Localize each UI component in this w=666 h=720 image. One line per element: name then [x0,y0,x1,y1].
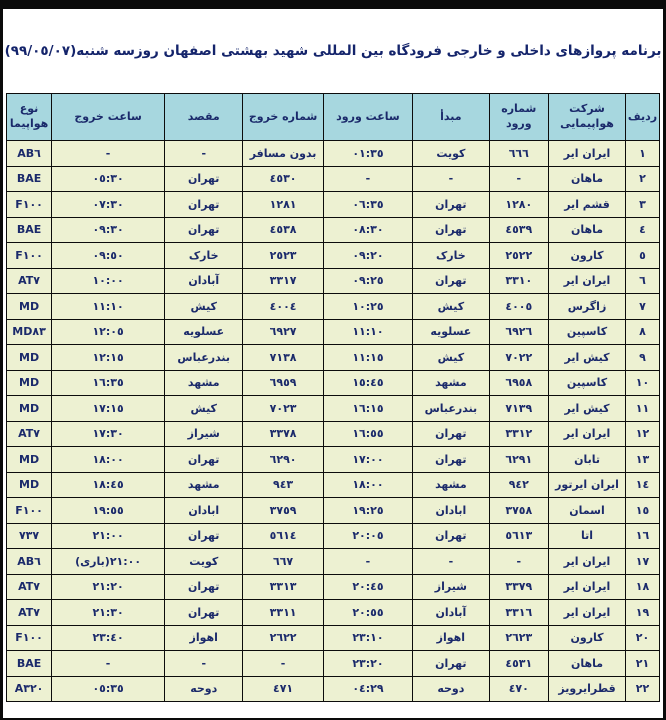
cell-aircraft: AB٦ [7,141,52,167]
table-row: ٦ایران ایر٣٣١٠تهران٠٩:٢٥٣٣١٧آبادان١٠:٠٠A… [7,268,660,294]
cell-arr_time: ١٦:٥٥ [323,421,412,447]
table-row: ٣قشم ایر١٢٨٠تهران٠٦:٣٥١٢٨١تهران٠٧:٣٠F١٠٠ [7,192,660,218]
cell-dep_no: ٧١٣٨ [243,345,323,371]
table-row: ١٦اتا٥٦١٣تهران٢٠:٠٥٥٦١٤تهران٢١:٠٠٧٣٧ [7,523,660,549]
cell-dep_no: ٢٥٢٣ [243,243,323,269]
cell-radif: ٨ [626,319,660,345]
table-row: ١٨ایران ایر٣٣٧٩شیراز٢٠:٤٥٣٣١٣تهران٢١:٢٠A… [7,574,660,600]
cell-origin: تهران [413,268,489,294]
cell-airline: ایران ایرتور [549,472,626,498]
cell-arr_no: ٤٥٣٩ [489,217,548,243]
cell-arr_time: ٠٩:٢٠ [323,243,412,269]
cell-dest: کیش [165,396,243,422]
cell-arr_time: ١٩:٢٥ [323,498,412,524]
cell-dep_no: ١٢٨١ [243,192,323,218]
col-header-origin: مبدأ [413,94,489,141]
cell-aircraft: MD [7,447,52,473]
col-header-aircraft: نوع هواپیما [7,94,52,141]
cell-radif: ١٠ [626,370,660,396]
cell-arr_time: ١٠:٢٥ [323,294,412,320]
cell-airline: زاگرس [549,294,626,320]
cell-dest: ابادان [165,498,243,524]
cell-airline: قشم ایر [549,192,626,218]
cell-dep_no: ٦٩٢٧ [243,319,323,345]
cell-airline: کارون [549,625,626,651]
col-header-arr_no: شماره ورود [489,94,548,141]
title-band: برنامه پروازهای داخلی و خارجی فرودگاه بی… [3,9,663,93]
table-row: ٧زاگرس٤٠٠٥کیش١٠:٢٥٤٠٠٤کیش١١:١٠MD [7,294,660,320]
cell-arr_time: ٢٣:٢٠ [323,651,412,677]
cell-origin: تهران [413,447,489,473]
cell-origin: آبادان [413,600,489,626]
cell-airline: تابان [549,447,626,473]
table-row: ١٧ایران ایر---٦٦٧کویت٢١:٠٠(باری)AB٦ [7,549,660,575]
cell-dep_no: - [243,651,323,677]
cell-arr_no: ٤٠٠٥ [489,294,548,320]
cell-radif: ٢٠ [626,625,660,651]
cell-dep_no: بدون مسافر [243,141,323,167]
cell-dep_no: ٣٣١٣ [243,574,323,600]
cell-arr_no: ٦٢٩١ [489,447,548,473]
cell-aircraft: AT٧ [7,421,52,447]
cell-airline: ایران ایر [549,268,626,294]
cell-dep_no: ٤٠٠٤ [243,294,323,320]
cell-aircraft: MD [7,370,52,396]
table-row: ٢ماهان---٤٥٣٠تهران٠٥:٣٠BAE [7,166,660,192]
cell-dep_time: ١١:١٠ [52,294,165,320]
cell-airline: ماهان [549,166,626,192]
cell-arr_time: ٢٠:٠٥ [323,523,412,549]
cell-aircraft: MD [7,396,52,422]
cell-dep_time: ١٢:٠٥ [52,319,165,345]
cell-radif: ١٦ [626,523,660,549]
cell-dep_no: ٤٥٣٠ [243,166,323,192]
cell-arr_no: ٦٩٢٦ [489,319,548,345]
cell-origin: تهران [413,523,489,549]
cell-radif: ٩ [626,345,660,371]
cell-dest: تهران [165,523,243,549]
cell-arr_no: ٦٩٥٨ [489,370,548,396]
cell-arr_no: ٢٥٢٢ [489,243,548,269]
col-header-dest: مقصد [165,94,243,141]
cell-dest: تهران [165,166,243,192]
cell-airline: ایران ایر [549,574,626,600]
cell-arr_no: ٣٣١٠ [489,268,548,294]
cell-aircraft: BAE [7,217,52,243]
cell-dep_time: ٢١:٣٠ [52,600,165,626]
cell-radif: ١٩ [626,600,660,626]
cell-dep_time: ١٧:١٥ [52,396,165,422]
cell-arr_time: ١١:١٥ [323,345,412,371]
cell-dep_time: ٠٥:٣٥ [52,676,165,702]
table-row: ٢٠کارون٢٦٢٣اهواز٢٣:١٠٢٦٢٢اهواز٢٣:٤٠F١٠٠ [7,625,660,651]
cell-dep_time: ١٢:١٥ [52,345,165,371]
cell-origin: اهواز [413,625,489,651]
cell-origin: دوحه [413,676,489,702]
cell-airline: اسمان [549,498,626,524]
cell-aircraft: MD [7,294,52,320]
cell-dep_time: - [52,141,165,167]
cell-aircraft: BAE [7,166,52,192]
cell-dest: تهران [165,192,243,218]
table-body: ١ایران ایر٦٦٦کویت٠١:٣٥بدون مسافر--AB٦٢ما… [7,141,660,702]
table-row: ١٢ایران ایر٣٣١٢تهران١٦:٥٥٣٣٧٨شیراز١٧:٣٠A… [7,421,660,447]
cell-dep_time: ٠٧:٣٠ [52,192,165,218]
table-header: ردیفشرکت هواپیماییشماره ورودمبدأساعت ورو… [7,94,660,141]
cell-arr_no: - [489,166,548,192]
cell-dep_no: ٣٣١١ [243,600,323,626]
cell-airline: اتا [549,523,626,549]
cell-arr_time: ١٦:١٥ [323,396,412,422]
cell-airline: ماهان [549,651,626,677]
page-frame: برنامه پروازهای داخلی و خارجی فرودگاه بی… [0,0,666,720]
cell-aircraft: MD٨٣ [7,319,52,345]
table-row: ١٤ایران ایرتور٩٤٢مشهد١٨:٠٠٩٤٣مشهد١٨:٤٥MD [7,472,660,498]
flight-schedule-table: ردیفشرکت هواپیماییشماره ورودمبدأساعت ورو… [6,93,660,702]
cell-arr_no: - [489,549,548,575]
cell-airline: ایران ایر [549,600,626,626]
cell-airline: ایران ایر [549,141,626,167]
cell-dep_no: ٦٩٥٩ [243,370,323,396]
cell-dep_time: ١٠:٠٠ [52,268,165,294]
cell-dep_time: ٠٩:٥٠ [52,243,165,269]
cell-aircraft: AT٧ [7,268,52,294]
cell-dep_no: ٤٥٣٨ [243,217,323,243]
cell-airline: قطرایرویز [549,676,626,702]
cell-arr_no: ٤٥٣١ [489,651,548,677]
cell-origin: ابادان [413,498,489,524]
cell-origin: تهران [413,192,489,218]
table-row: ٥کارون٢٥٢٢خارک٠٩:٢٠٢٥٢٣خارک٠٩:٥٠F١٠٠ [7,243,660,269]
cell-radif: ١٣ [626,447,660,473]
cell-arr_no: ٧١٣٩ [489,396,548,422]
cell-arr_no: ٩٤٢ [489,472,548,498]
cell-airline: ایران ایر [549,421,626,447]
cell-aircraft: F١٠٠ [7,192,52,218]
cell-dep_time: ٢١:٠٠(باری) [52,549,165,575]
table-row: ٤ماهان٤٥٣٩تهران٠٨:٣٠٤٥٣٨تهران٠٩:٣٠BAE [7,217,660,243]
cell-aircraft: AB٦ [7,549,52,575]
cell-aircraft: MD [7,472,52,498]
cell-dest: - [165,651,243,677]
cell-radif: ١٤ [626,472,660,498]
cell-aircraft: AT٧ [7,600,52,626]
cell-origin: تهران [413,217,489,243]
cell-aircraft: F١٠٠ [7,498,52,524]
cell-origin: بندرعباس [413,396,489,422]
cell-dep_time: ١٧:٣٠ [52,421,165,447]
cell-dep_time: - [52,651,165,677]
cell-arr_no: ٧٠٢٢ [489,345,548,371]
cell-airline: ماهان [549,217,626,243]
cell-dest: - [165,141,243,167]
cell-dep_time: ١٨:٠٠ [52,447,165,473]
cell-aircraft: MD [7,345,52,371]
cell-aircraft: AT٧ [7,574,52,600]
cell-dep_no: ٦٢٩٠ [243,447,323,473]
cell-dep_no: ٩٤٣ [243,472,323,498]
cell-dest: دوحه [165,676,243,702]
cell-dest: عسلویه [165,319,243,345]
cell-airline: کاسپین [549,370,626,396]
cell-radif: ١١ [626,396,660,422]
cell-aircraft: F١٠٠ [7,243,52,269]
table-row: ٢١ماهان٤٥٣١تهران٢٣:٢٠---BAE [7,651,660,677]
cell-arr_no: ٣٣٧٩ [489,574,548,600]
cell-dest: بندرعباس [165,345,243,371]
cell-airline: ایران ایر [549,549,626,575]
table-row: ١٥اسمان٣٧٥٨ابادان١٩:٢٥٣٧٥٩ابادان١٩:٥٥F١٠… [7,498,660,524]
cell-arr_no: ٦٦٦ [489,141,548,167]
cell-origin: کیش [413,294,489,320]
cell-arr_time: - [323,549,412,575]
table-row: ١٩ایران ایر٣٣١٦آبادان٢٠:٥٥٣٣١١تهران٢١:٣٠… [7,600,660,626]
cell-dest: آبادان [165,268,243,294]
cell-airline: کاسپین [549,319,626,345]
cell-arr_no: ٥٦١٣ [489,523,548,549]
cell-dep_time: ٠٥:٣٠ [52,166,165,192]
cell-radif: ٦ [626,268,660,294]
cell-radif: ١ [626,141,660,167]
cell-arr_time: ١٥:٤٥ [323,370,412,396]
cell-dep_no: ٣٧٥٩ [243,498,323,524]
cell-radif: ٢١ [626,651,660,677]
cell-airline: کیش ایر [549,396,626,422]
cell-dep_no: ٧٠٢٣ [243,396,323,422]
cell-dest: تهران [165,447,243,473]
cell-radif: ٣ [626,192,660,218]
cell-arr_no: ١٢٨٠ [489,192,548,218]
cell-dest: کویت [165,549,243,575]
cell-origin: عسلویه [413,319,489,345]
cell-radif: ٤ [626,217,660,243]
cell-arr_no: ٢٦٢٣ [489,625,548,651]
col-header-airline: شرکت هواپیمایی [549,94,626,141]
cell-dest: شیراز [165,421,243,447]
cell-radif: ١٧ [626,549,660,575]
table-row: ٩کیش ایر٧٠٢٢کیش١١:١٥٧١٣٨بندرعباس١٢:١٥MD [7,345,660,371]
col-header-dep_no: شماره خروج [243,94,323,141]
cell-dep_time: ١٩:٥٥ [52,498,165,524]
cell-aircraft: A٣٢٠ [7,676,52,702]
col-header-arr_time: ساعت ورود [323,94,412,141]
table-row: ١٠کاسپین٦٩٥٨مشهد١٥:٤٥٦٩٥٩مشهد١٦:٣٥MD [7,370,660,396]
cell-arr_time: ٢٣:١٠ [323,625,412,651]
cell-arr_no: ٣٣١٢ [489,421,548,447]
cell-radif: ١٥ [626,498,660,524]
cell-arr_time: ٠٨:٣٠ [323,217,412,243]
cell-dep_no: ٢٦٢٢ [243,625,323,651]
cell-arr_time: ٠٩:٢٥ [323,268,412,294]
cell-aircraft: BAE [7,651,52,677]
header-row: ردیفشرکت هواپیماییشماره ورودمبدأساعت ورو… [7,94,660,141]
cell-origin: مشهد [413,472,489,498]
cell-dep_time: ٢١:٢٠ [52,574,165,600]
table-row: ٨کاسپین٦٩٢٦عسلویه١١:١٠٦٩٢٧عسلویه١٢:٠٥MD٨… [7,319,660,345]
cell-radif: ٥ [626,243,660,269]
cell-dest: مشهد [165,472,243,498]
cell-dep_time: ١٦:٣٥ [52,370,165,396]
cell-airline: کیش ایر [549,345,626,371]
col-header-radif: ردیف [626,94,660,141]
col-header-dep_time: ساعت خروج [52,94,165,141]
cell-aircraft: ٧٣٧ [7,523,52,549]
cell-dep_time: ٢٣:٤٠ [52,625,165,651]
cell-dest: خارک [165,243,243,269]
cell-radif: ٢ [626,166,660,192]
cell-arr_time: ٠٤:٢٩ [323,676,412,702]
cell-arr_time: - [323,166,412,192]
table-row: ١١کیش ایر٧١٣٩بندرعباس١٦:١٥٧٠٢٣کیش١٧:١٥MD [7,396,660,422]
cell-dep_time: ٠٩:٣٠ [52,217,165,243]
cell-dest: تهران [165,574,243,600]
cell-dest: مشهد [165,370,243,396]
cell-origin: مشهد [413,370,489,396]
cell-origin: - [413,549,489,575]
cell-arr_no: ٤٧٠ [489,676,548,702]
cell-origin: خارک [413,243,489,269]
cell-aircraft: F١٠٠ [7,625,52,651]
cell-arr_time: ٢٠:٤٥ [323,574,412,600]
table-row: ٢٢قطرایرویز٤٧٠دوحه٠٤:٢٩٤٧١دوحه٠٥:٣٥A٣٢٠ [7,676,660,702]
cell-arr_time: ١٧:٠٠ [323,447,412,473]
cell-radif: ١٢ [626,421,660,447]
cell-dest: اهواز [165,625,243,651]
cell-dep_no: ٣٣٧٨ [243,421,323,447]
cell-origin: تهران [413,651,489,677]
cell-arr_time: ٠٦:٣٥ [323,192,412,218]
cell-airline: کارون [549,243,626,269]
cell-arr_time: ٠١:٣٥ [323,141,412,167]
cell-origin: کویت [413,141,489,167]
cell-dep_no: ٦٦٧ [243,549,323,575]
cell-dest: تهران [165,600,243,626]
cell-radif: ١٨ [626,574,660,600]
cell-radif: ٢٢ [626,676,660,702]
cell-arr_no: ٣٣١٦ [489,600,548,626]
cell-dep_no: ٣٣١٧ [243,268,323,294]
cell-origin: شیراز [413,574,489,600]
page-title: برنامه پروازهای داخلی و خارجی فرودگاه بی… [5,43,662,59]
cell-origin: کیش [413,345,489,371]
cell-arr_time: ٢٠:٥٥ [323,600,412,626]
cell-origin: تهران [413,421,489,447]
cell-arr_time: ١١:١٠ [323,319,412,345]
cell-dep_no: ٤٧١ [243,676,323,702]
cell-dest: تهران [165,217,243,243]
cell-radif: ٧ [626,294,660,320]
cell-arr_no: ٣٧٥٨ [489,498,548,524]
cell-dep_no: ٥٦١٤ [243,523,323,549]
cell-dep_time: ١٨:٤٥ [52,472,165,498]
table-row: ١ایران ایر٦٦٦کویت٠١:٣٥بدون مسافر--AB٦ [7,141,660,167]
cell-arr_time: ١٨:٠٠ [323,472,412,498]
cell-origin: - [413,166,489,192]
cell-dep_time: ٢١:٠٠ [52,523,165,549]
cell-dest: کیش [165,294,243,320]
table-row: ١٣تابان٦٢٩١تهران١٧:٠٠٦٢٩٠تهران١٨:٠٠MD [7,447,660,473]
